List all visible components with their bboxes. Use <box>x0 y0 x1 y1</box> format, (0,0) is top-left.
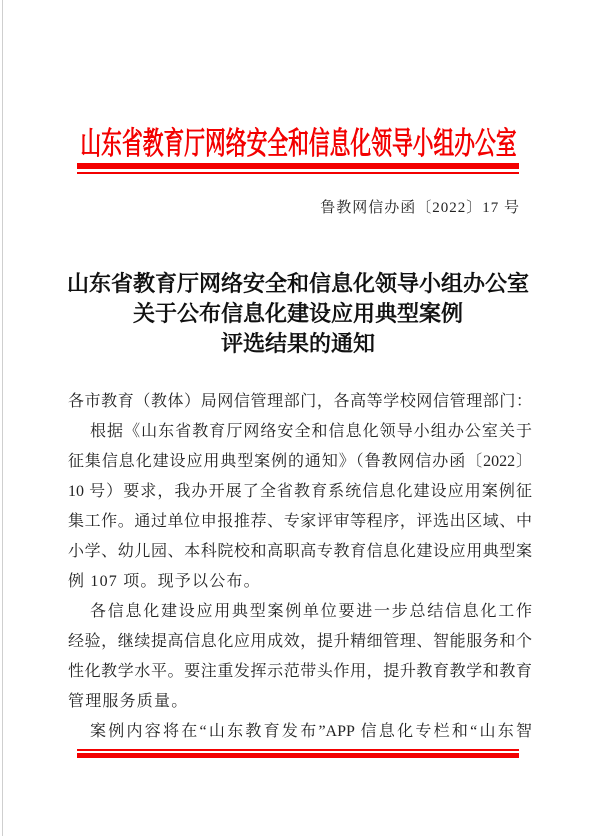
body-line: 例 107 项。现予以公布。 <box>68 567 532 597</box>
body-line: 小学、幼儿园、本科院校和高职高专教育信息化建设应用典型案 <box>68 537 532 567</box>
body-line: 管理服务质量。 <box>68 687 532 717</box>
footer-rule-thick <box>77 753 519 758</box>
document-title-line-1: 山东省教育厅网络安全和信息化领导小组办公室 <box>0 269 596 299</box>
document-title-line-3: 评选结果的通知 <box>0 329 596 359</box>
footer-rule-thin <box>77 749 519 751</box>
body-line: 各信息化建设应用典型案例单位要进一步总结信息化工作 <box>68 597 532 627</box>
body-line-salutation: 各市教育（教体）局网信管理部门，各高等学校网信管理部门： <box>68 387 532 417</box>
red-header-org-title: 山东省教育厅网络安全和信息化领导小组办公室 <box>0 120 596 160</box>
red-header-org-title-text: 山东省教育厅网络安全和信息化领导小组办公室 <box>80 118 516 163</box>
document-page: 山东省教育厅网络安全和信息化领导小组办公室 鲁教网信办函〔2022〕17 号 山… <box>0 0 596 836</box>
document-title: 山东省教育厅网络安全和信息化领导小组办公室 关于公布信息化建设应用典型案例 评选… <box>0 269 596 359</box>
header-rule-thick <box>77 163 519 169</box>
body-line: 经验，继续提高信息化应用成效，提升精细管理、智能服务和个 <box>68 627 532 657</box>
document-body: 各市教育（教体）局网信管理部门，各高等学校网信管理部门： 根据《山东省教育厅网络… <box>68 387 532 747</box>
body-line: 集工作。通过单位申报推荐、专家评审等程序，评选出区域、中 <box>68 507 532 537</box>
document-number: 鲁教网信办函〔2022〕17 号 <box>320 196 520 217</box>
body-line: 案例内容将在“山东教育发布”APP 信息化专栏和“山东智 <box>68 717 532 747</box>
body-line: 10 号）要求，我办开展了全省教育系统信息化建设应用案例征 <box>68 477 532 507</box>
body-line: 根据《山东省教育厅网络安全和信息化领导小组办公室关于 <box>68 417 532 447</box>
body-line: 征集信息化建设应用典型案例的通知》（鲁教网信办函〔2022〕 <box>68 447 532 477</box>
header-rule-thin <box>77 172 519 174</box>
body-line: 性化教学水平。要注重发挥示范带头作用，提升教育教学和教育 <box>68 657 532 687</box>
document-title-line-2: 关于公布信息化建设应用典型案例 <box>0 299 596 329</box>
